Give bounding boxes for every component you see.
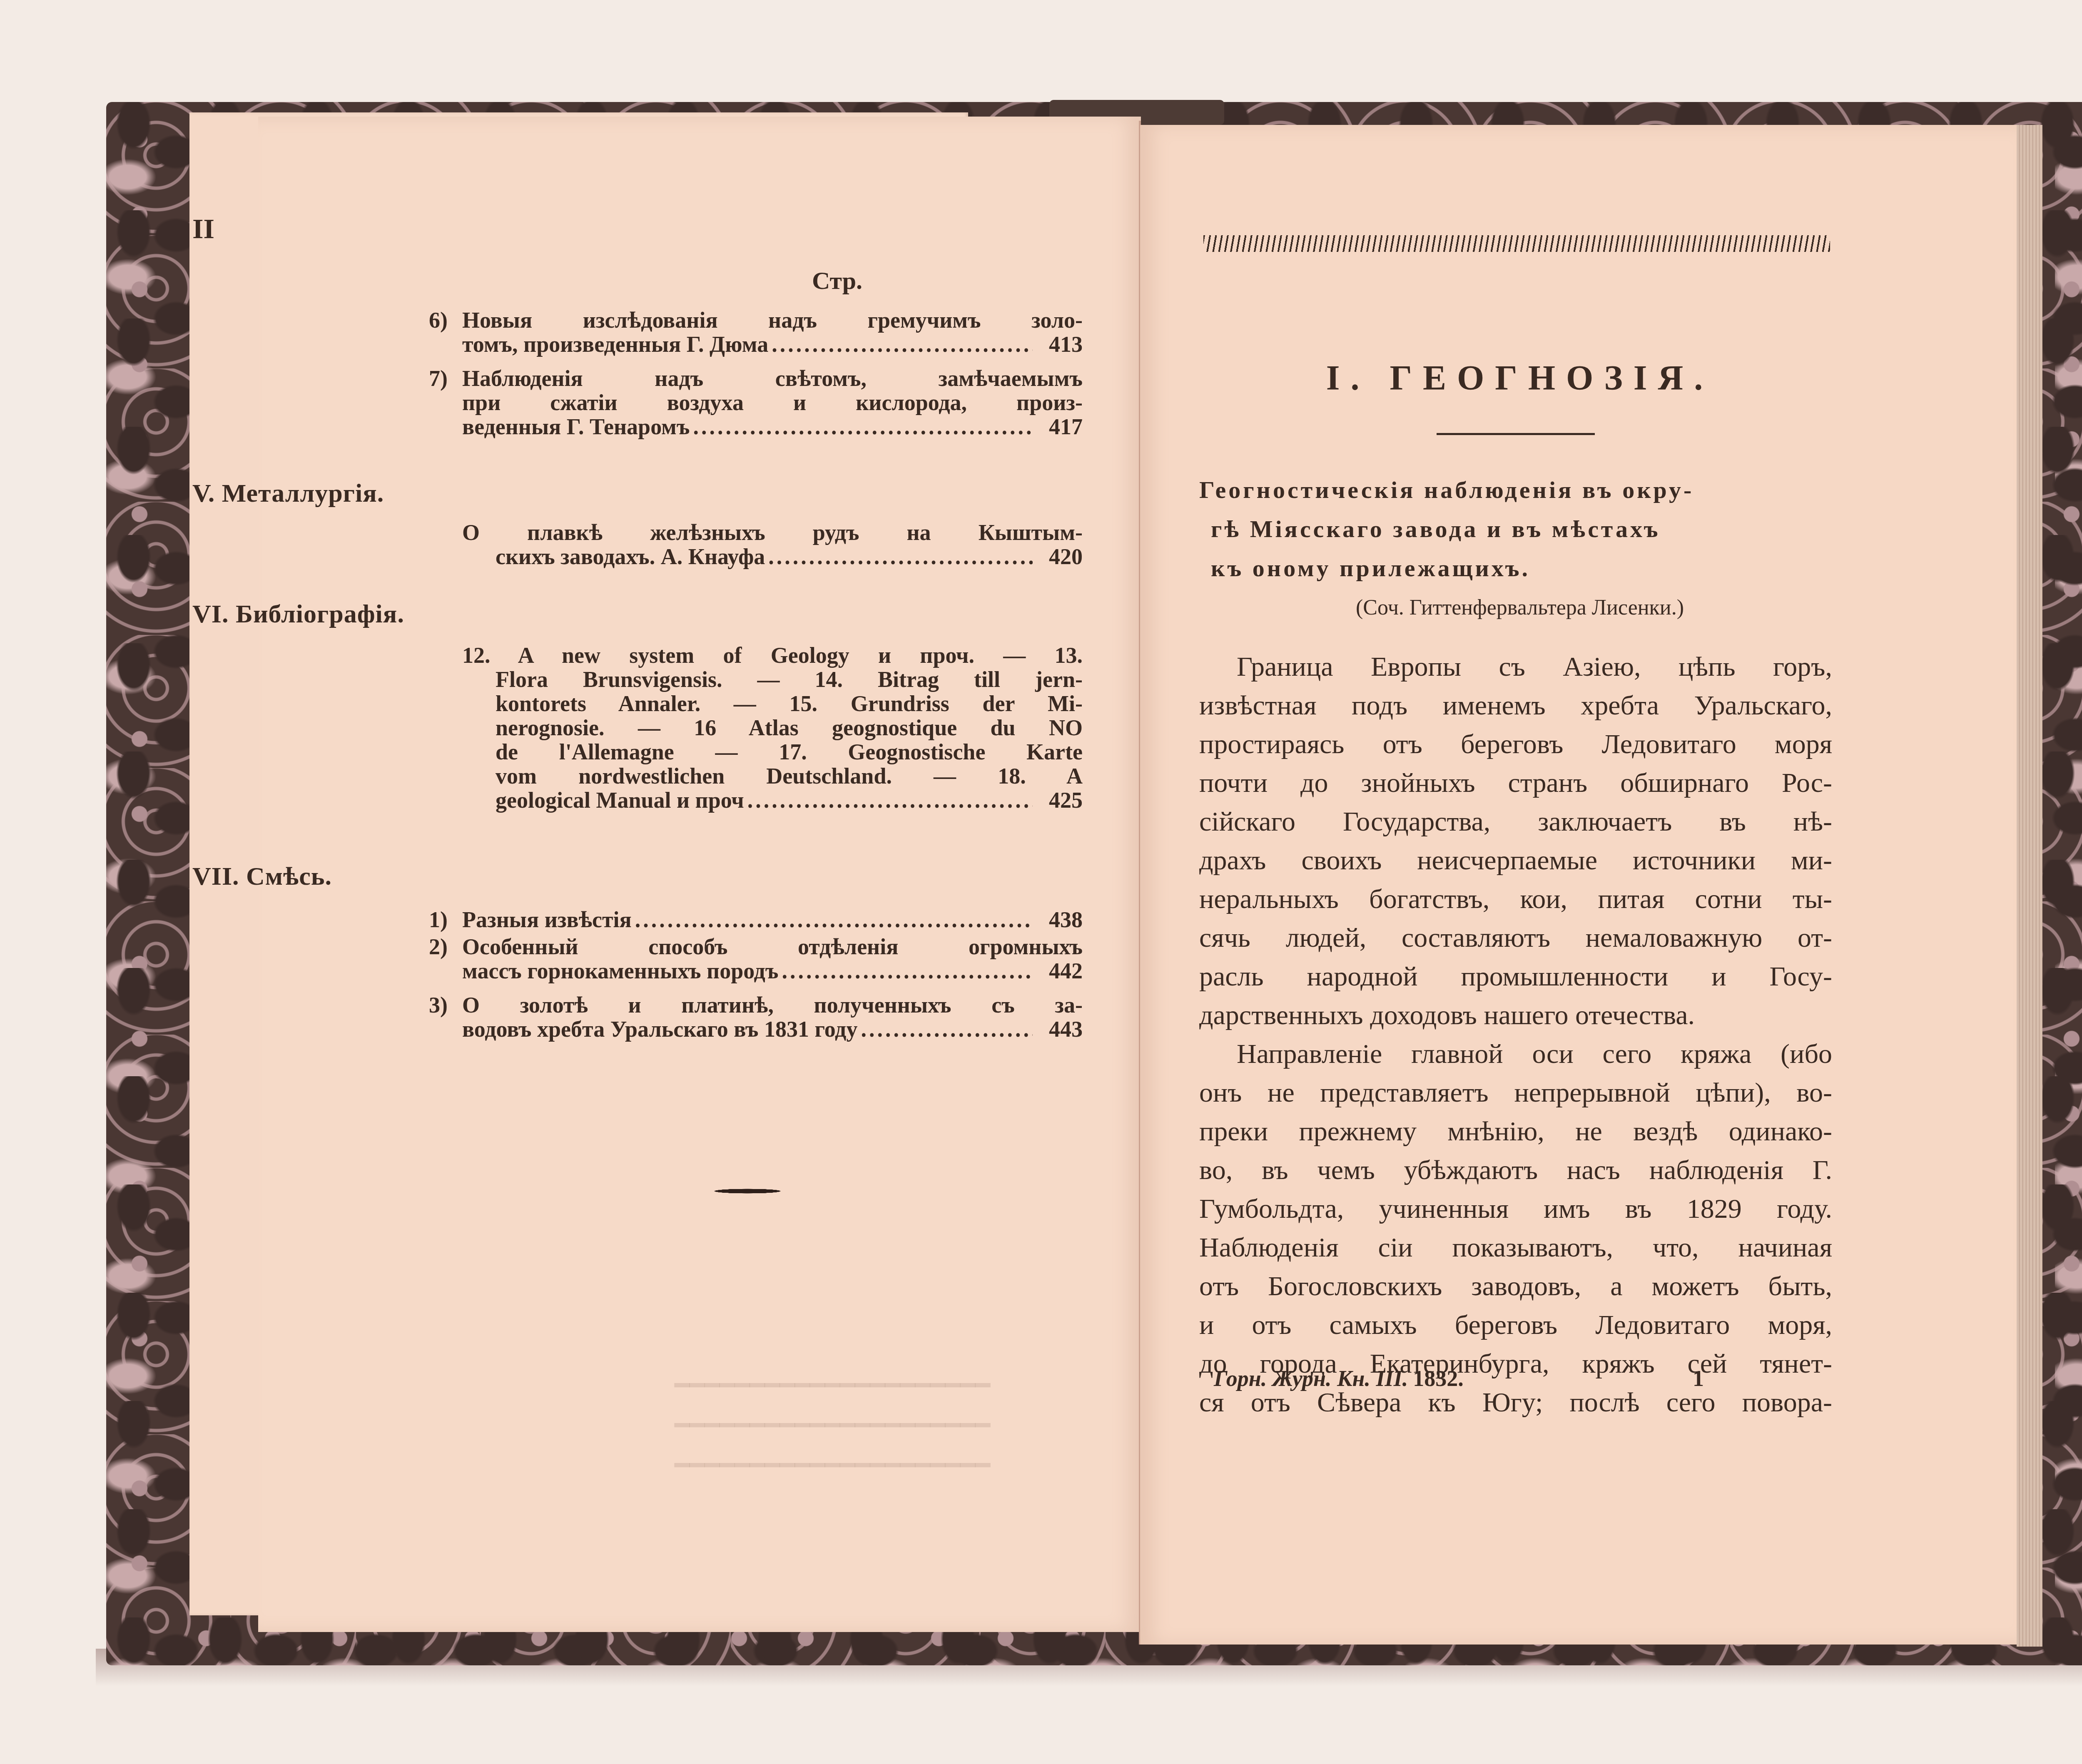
toc-entry: 1) Разныя извѣстія .....................…	[462, 908, 1083, 932]
tailpiece-ornament-icon	[693, 1187, 802, 1195]
toc-entry: 2) Особенный способъ отдѣленія огромныхъ…	[462, 935, 1083, 983]
toc-entry: О плавкѣ желѣзныхъ рудъ на Кыштым- скихъ…	[462, 520, 1083, 569]
entry-page: 413	[1033, 332, 1083, 356]
entry-number: 6)	[429, 308, 448, 332]
signature-mark: Горн. Журн. Кн. III.1832.	[1214, 1366, 1464, 1391]
entry-page: 442	[1033, 959, 1083, 983]
toc-entry: 3) О золотѣ и платинѣ, полученныхъ съ за…	[462, 993, 1083, 1041]
title-rule	[1437, 433, 1595, 435]
toc-entry: 12. A new system of Geology и проч. — 13…	[462, 643, 1083, 812]
section-heading: V. Металлургія.	[192, 479, 384, 508]
entry-page: 425	[1033, 788, 1083, 812]
entry-number: 3)	[429, 993, 448, 1017]
wavy-rule-ornament-icon	[1203, 235, 1830, 252]
section-heading: VII. Смѣсь.	[192, 862, 332, 891]
toc-entry: 7) Наблюденія надъ свѣтомъ, замѣчаемымъ …	[462, 366, 1083, 439]
toc-entry: 6) Новыя изслѣдованія надъ гремучимъ зол…	[462, 308, 1083, 356]
article-body: Граница Европы съ Азіею, цѣпь горъ, извѣ…	[1199, 647, 1832, 1422]
entry-page: 420	[1033, 545, 1083, 569]
entry-number: 7)	[429, 366, 448, 391]
chapter-title: I. ГЕОГНОЗІЯ.	[1187, 358, 1853, 398]
page-number: II	[192, 212, 214, 245]
entry-page: 438	[1033, 908, 1083, 932]
entry-page: 443	[1033, 1017, 1083, 1041]
article-title: Геогностическія наблюденія въ окру- гѣ М…	[1199, 470, 1828, 588]
entry-number: 1)	[429, 908, 448, 932]
section-heading: VI. Библіографія.	[192, 600, 404, 629]
entry-number: 2)	[429, 935, 448, 959]
signature-number: 1	[1693, 1366, 1704, 1391]
article-byline: (Соч. Гиттенфервальтера Лисенки.)	[1187, 595, 1853, 620]
entry-page: 417	[1033, 415, 1083, 439]
page-column-header: Стр.	[812, 266, 862, 295]
